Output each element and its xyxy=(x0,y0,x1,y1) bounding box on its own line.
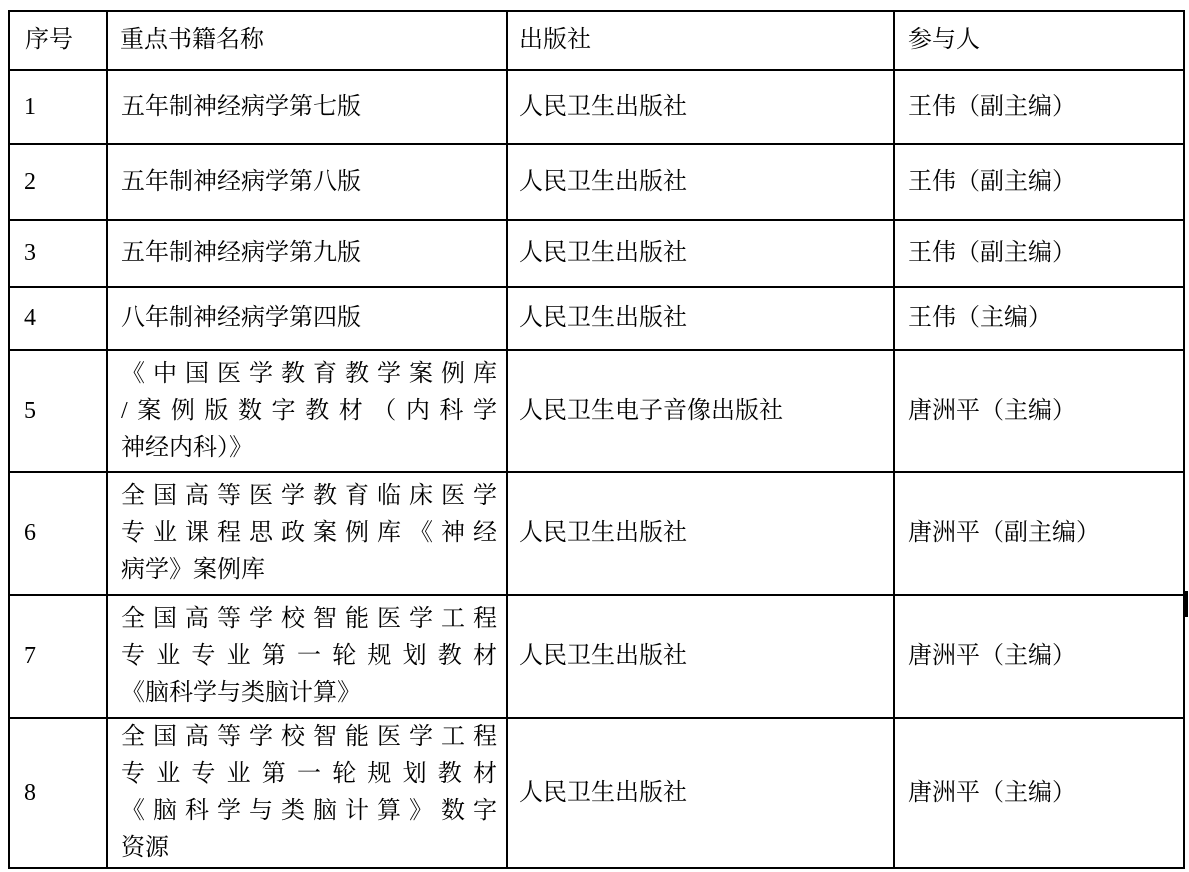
cell-title: 五年制神经病学第七版 xyxy=(107,70,507,144)
cell-publisher: 人民卫生出版社 xyxy=(507,718,894,868)
title-line: 八年制神经病学第四版 xyxy=(121,300,497,337)
cell-title: 全国高等学校智能医学工程 专业专业第一轮规划教材 《脑科学与类脑计算》数字 资源 xyxy=(107,718,507,868)
cell-participant: 唐洲平（主编） xyxy=(894,718,1184,868)
title-line: 专业课程思政案例库《神经 xyxy=(121,515,497,552)
cell-publisher: 人民卫生出版社 xyxy=(507,144,894,220)
title-line: 五年制神经病学第八版 xyxy=(121,164,497,201)
title-line: 全国高等学校智能医学工程 xyxy=(121,719,497,756)
stray-mark xyxy=(1184,591,1188,617)
cell-publisher: 人民卫生出版社 xyxy=(507,70,894,144)
cell-no: 8 xyxy=(9,718,107,868)
cell-participant: 王伟（主编） xyxy=(894,287,1184,350)
title-line: 病学》案例库 xyxy=(121,552,497,589)
title-line: 《脑科学与类脑计算》 xyxy=(121,675,497,712)
title-line: /案例版数字教材（内科学 xyxy=(121,393,497,430)
table-row: 5 《中国医学教育教学案例库 /案例版数字教材（内科学 神经内科）》 人民卫生电… xyxy=(9,350,1184,472)
cell-title: 《中国医学教育教学案例库 /案例版数字教材（内科学 神经内科）》 xyxy=(107,350,507,472)
cell-title: 全国高等学校智能医学工程 专业专业第一轮规划教材 《脑科学与类脑计算》 xyxy=(107,595,507,718)
cell-no: 7 xyxy=(9,595,107,718)
cell-no: 5 xyxy=(9,350,107,472)
cell-publisher: 人民卫生出版社 xyxy=(507,472,894,595)
cell-no: 6 xyxy=(9,472,107,595)
cell-no: 3 xyxy=(9,220,107,287)
cell-participant: 唐洲平（主编） xyxy=(894,350,1184,472)
books-table: 序号 重点书籍名称 出版社 参与人 1 五年制神经病学第七版 人民卫生出版社 王… xyxy=(8,10,1185,869)
table-row: 3 五年制神经病学第九版 人民卫生出版社 王伟（副主编） xyxy=(9,220,1184,287)
cell-participant: 王伟（副主编） xyxy=(894,220,1184,287)
cell-publisher: 人民卫生出版社 xyxy=(507,595,894,718)
table-header-row: 序号 重点书籍名称 出版社 参与人 xyxy=(9,11,1184,70)
cell-publisher: 人民卫生电子音像出版社 xyxy=(507,350,894,472)
table-row: 8 全国高等学校智能医学工程 专业专业第一轮规划教材 《脑科学与类脑计算》数字 … xyxy=(9,718,1184,868)
cell-no: 1 xyxy=(9,70,107,144)
table-row: 2 五年制神经病学第八版 人民卫生出版社 王伟（副主编） xyxy=(9,144,1184,220)
cell-participant: 唐洲平（主编） xyxy=(894,595,1184,718)
cell-no: 4 xyxy=(9,287,107,350)
cell-publisher: 人民卫生出版社 xyxy=(507,220,894,287)
header-cell-publisher: 出版社 xyxy=(507,11,894,70)
title-line: 神经内科）》 xyxy=(121,430,497,467)
header-cell-participant: 参与人 xyxy=(894,11,1184,70)
title-line: 五年制神经病学第九版 xyxy=(121,235,497,272)
cell-participant: 王伟（副主编） xyxy=(894,70,1184,144)
cell-participant: 王伟（副主编） xyxy=(894,144,1184,220)
header-cell-title: 重点书籍名称 xyxy=(107,11,507,70)
cell-title: 五年制神经病学第九版 xyxy=(107,220,507,287)
title-line: 《脑科学与类脑计算》数字 xyxy=(121,793,497,830)
cell-publisher: 人民卫生出版社 xyxy=(507,287,894,350)
cell-participant: 唐洲平（副主编） xyxy=(894,472,1184,595)
title-line: 全国高等医学教育临床医学 xyxy=(121,478,497,515)
table-row: 4 八年制神经病学第四版 人民卫生出版社 王伟（主编） xyxy=(9,287,1184,350)
cell-title: 全国高等医学教育临床医学 专业课程思政案例库《神经 病学》案例库 xyxy=(107,472,507,595)
title-line: 全国高等学校智能医学工程 xyxy=(121,601,497,638)
title-line: 专业专业第一轮规划教材 xyxy=(121,756,497,793)
table-row: 7 全国高等学校智能医学工程 专业专业第一轮规划教材 《脑科学与类脑计算》 人民… xyxy=(9,595,1184,718)
cell-title: 八年制神经病学第四版 xyxy=(107,287,507,350)
title-line: 专业专业第一轮规划教材 xyxy=(121,638,497,675)
cell-no: 2 xyxy=(9,144,107,220)
document-page: 序号 重点书籍名称 出版社 参与人 1 五年制神经病学第七版 人民卫生出版社 王… xyxy=(0,0,1189,872)
table-row: 6 全国高等医学教育临床医学 专业课程思政案例库《神经 病学》案例库 人民卫生出… xyxy=(9,472,1184,595)
title-line: 五年制神经病学第七版 xyxy=(121,89,497,126)
table-row: 1 五年制神经病学第七版 人民卫生出版社 王伟（副主编） xyxy=(9,70,1184,144)
header-cell-no: 序号 xyxy=(9,11,107,70)
title-line: 《中国医学教育教学案例库 xyxy=(121,356,497,393)
cell-title: 五年制神经病学第八版 xyxy=(107,144,507,220)
title-line: 资源 xyxy=(121,830,497,867)
